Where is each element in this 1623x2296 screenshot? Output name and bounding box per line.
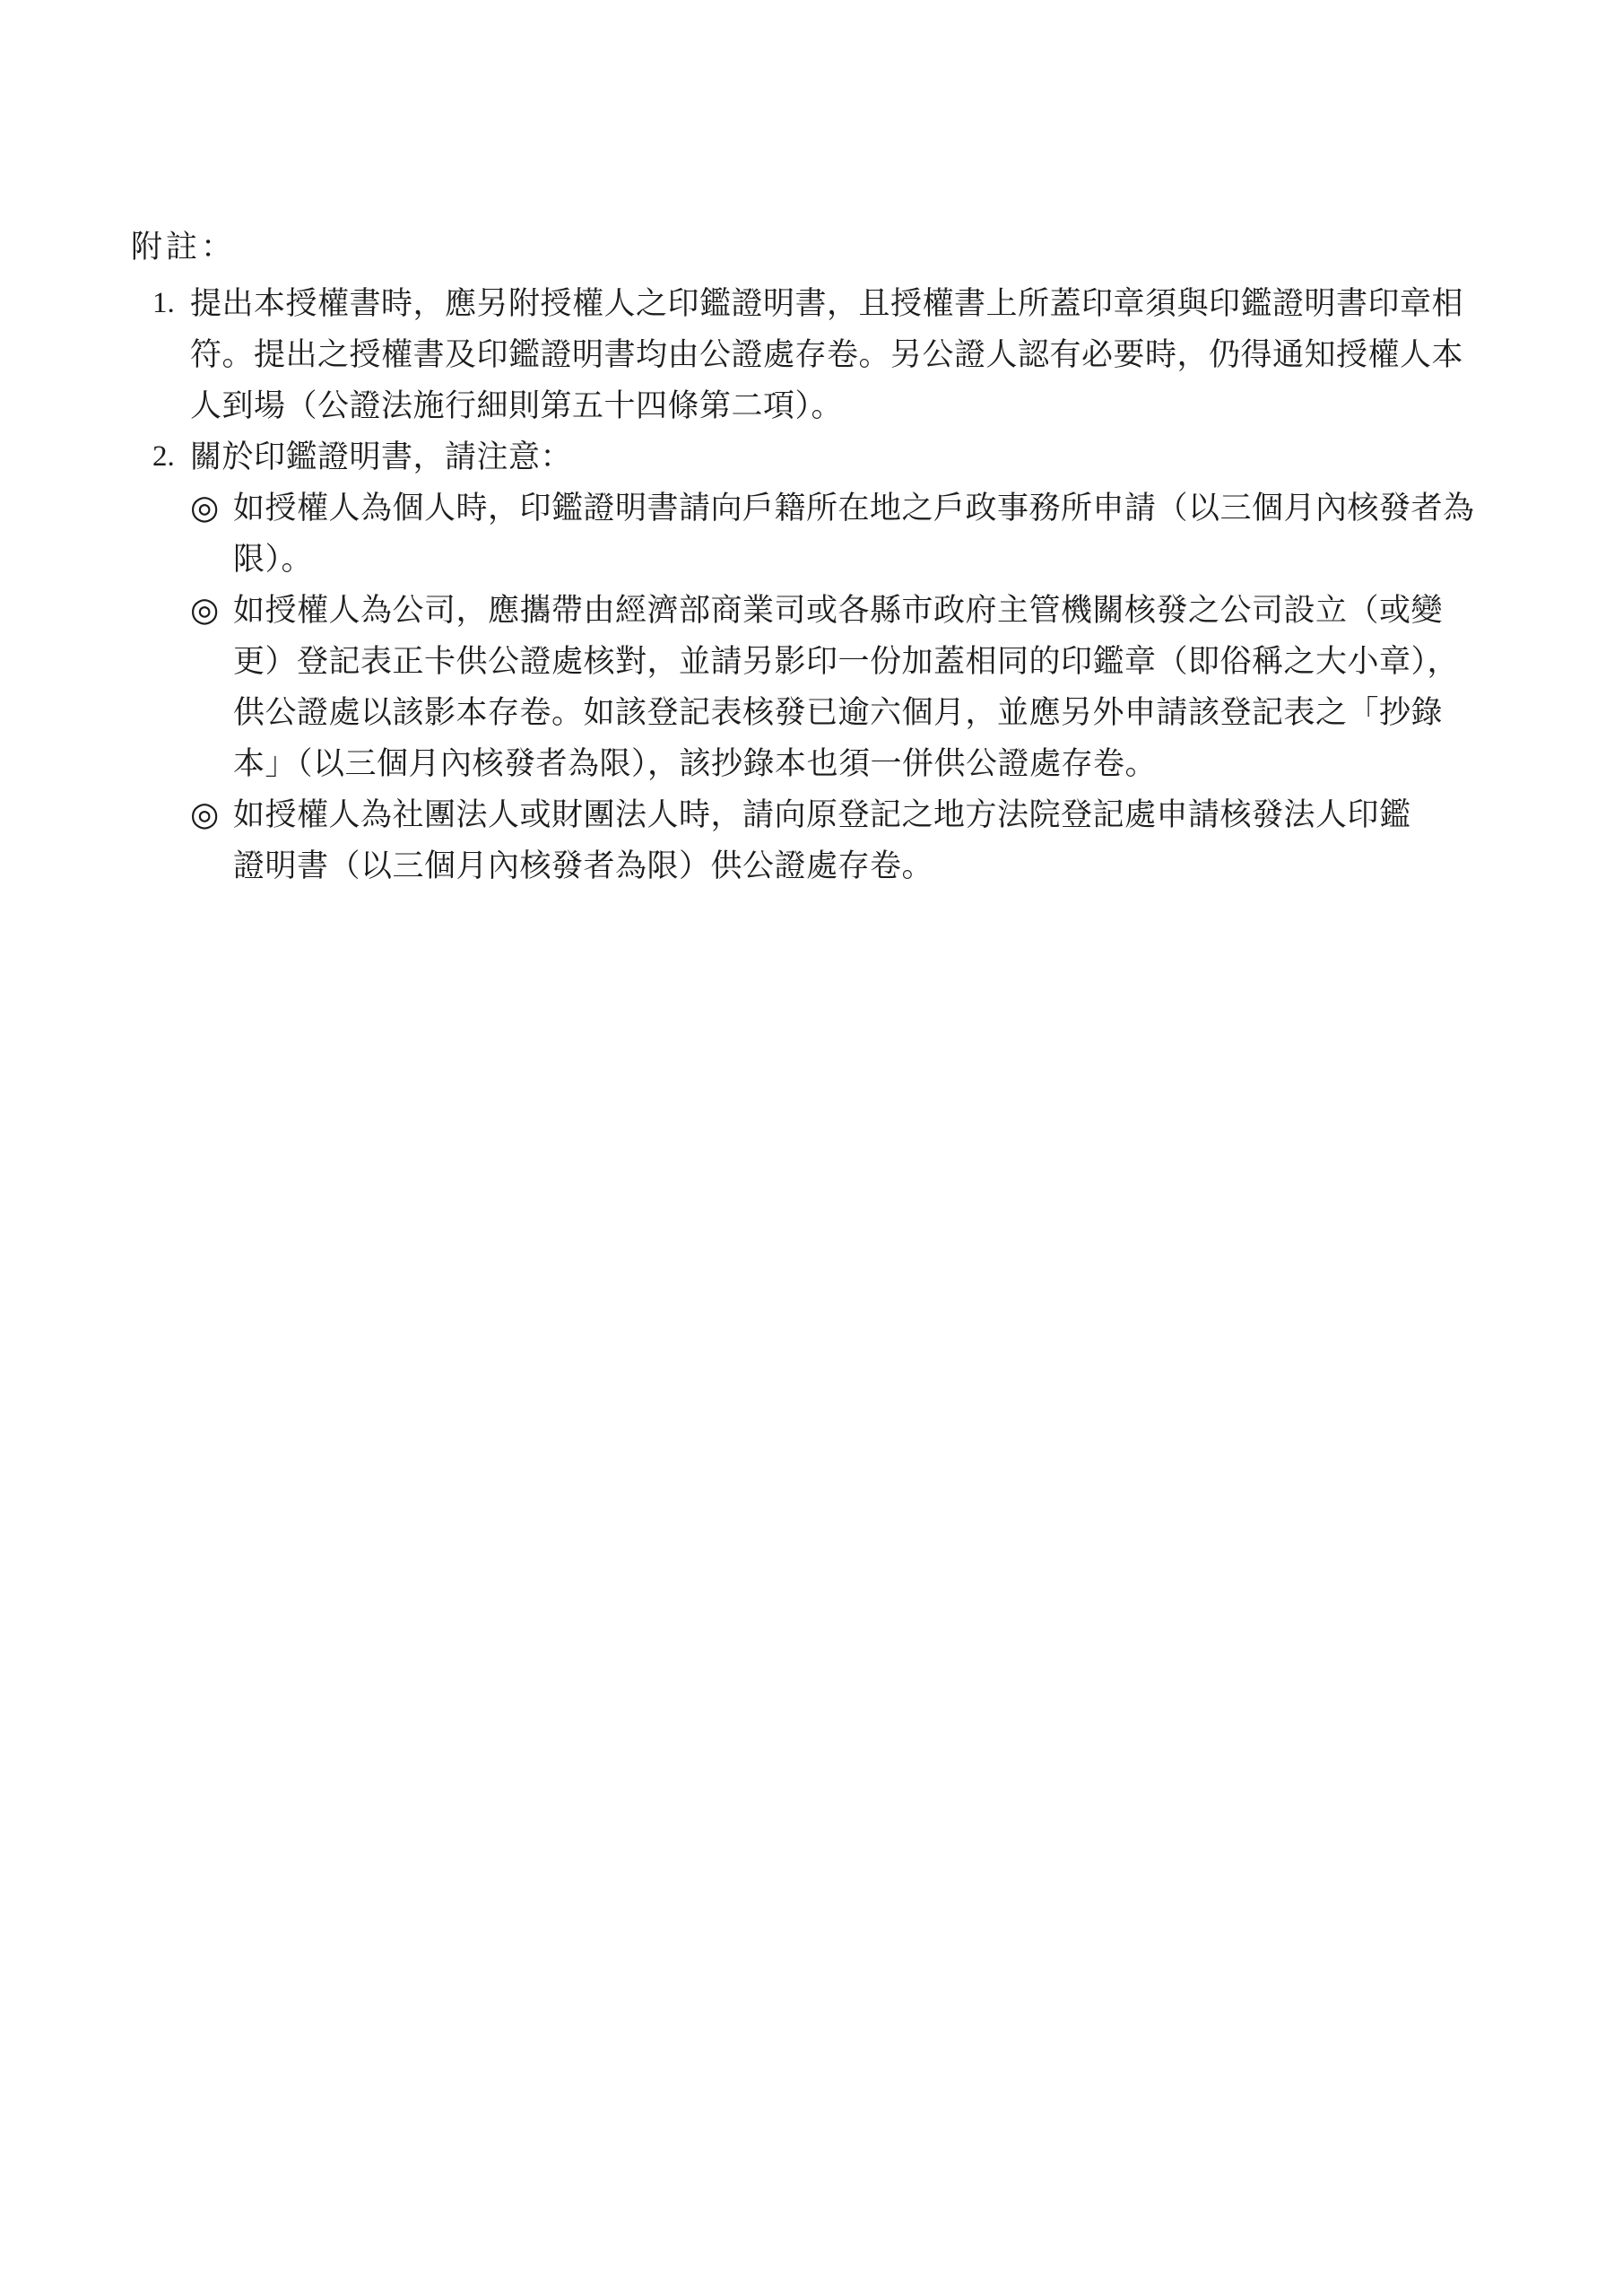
- bullet-line: 如授權人為公司，應攜帶由經濟部商業司或各縣市政府主管機關核發之公司設立（或變: [233, 585, 1478, 636]
- note-item-2: 2. 關於印鑑證明書，請注意： ◎ 如授權人為個人時，印鑑證明書請向戶籍所在地之…: [152, 431, 1623, 891]
- bullet-line: 供公證處以該影本存卷。如該登記表核發已逾六個月，並應另外申請該登記表之「抄錄: [233, 687, 1478, 738]
- note-line: 人到場（公證法施行細則第五十四條第二項）。: [190, 380, 1480, 431]
- notes-list: 1. 提出本授權書時，應另附授權人之印鑑證明書，且授權書上所蓋印章須與印鑑證明書…: [0, 278, 1623, 891]
- bullet-line: 更）登記表正卡供公證處核對，並請另影印一份加蓋相同的印鑑章（即俗稱之大小章），: [233, 636, 1478, 687]
- bullet-line: 如授權人為個人時，印鑑證明書請向戶籍所在地之戶政事務所申請（以三個月內核發者為: [233, 483, 1478, 534]
- note-line: 符。提出之授權書及印鑑證明書均由公證處存卷。另公證人認有必要時，仍得通知授權人本: [190, 329, 1480, 380]
- note-body: 關於印鑑證明書，請注意： ◎ 如授權人為個人時，印鑑證明書請向戶籍所在地之戶政事…: [190, 431, 1480, 891]
- bullet-line: 本」（以三個月內核發者為限），該抄錄本也須一併供公證處存卷。: [233, 738, 1478, 789]
- document-page: 附註： 1. 提出本授權書時，應另附授權人之印鑑證明書，且授權書上所蓋印章須與印…: [0, 0, 1623, 2296]
- note-number: 2.: [152, 431, 190, 891]
- bullet-line: 限）。: [233, 534, 1478, 585]
- note-line: 提出本授權書時，應另附授權人之印鑑證明書，且授權書上所蓋印章須與印鑑證明書印章相: [190, 278, 1480, 329]
- bullseye-bullet-icon: ◎: [190, 585, 233, 789]
- bullet-item-individual: ◎ 如授權人為個人時，印鑑證明書請向戶籍所在地之戶政事務所申請（以三個月內核發者…: [190, 483, 1480, 585]
- notes-title: 附註：: [131, 222, 1623, 274]
- bullet-text: 如授權人為社團法人或財團法人時，請向原登記之地方法院登記處申請核發法人印鑑 證明…: [233, 789, 1478, 891]
- note-heading: 關於印鑑證明書，請注意：: [190, 431, 1480, 483]
- bullet-item-company: ◎ 如授權人為公司，應攜帶由經濟部商業司或各縣市政府主管機關核發之公司設立（或變…: [190, 585, 1480, 789]
- note-body: 提出本授權書時，應另附授權人之印鑑證明書，且授權書上所蓋印章須與印鑑證明書印章相…: [190, 278, 1480, 431]
- bullseye-bullet-icon: ◎: [190, 483, 233, 585]
- note-number: 1.: [152, 278, 190, 431]
- bullet-line: 證明書（以三個月內核發者為限）供公證處存卷。: [233, 840, 1478, 891]
- bullet-item-juridical-person: ◎ 如授權人為社團法人或財團法人時，請向原登記之地方法院登記處申請核發法人印鑑 …: [190, 789, 1480, 891]
- note-item-1: 1. 提出本授權書時，應另附授權人之印鑑證明書，且授權書上所蓋印章須與印鑑證明書…: [152, 278, 1623, 431]
- bullseye-bullet-icon: ◎: [190, 789, 233, 891]
- page-content: 附註： 1. 提出本授權書時，應另附授權人之印鑑證明書，且授權書上所蓋印章須與印…: [0, 0, 1623, 891]
- bullet-text: 如授權人為個人時，印鑑證明書請向戶籍所在地之戶政事務所申請（以三個月內核發者為 …: [233, 483, 1478, 585]
- bullet-line: 如授權人為社團法人或財團法人時，請向原登記之地方法院登記處申請核發法人印鑑: [233, 789, 1478, 840]
- bullet-text: 如授權人為公司，應攜帶由經濟部商業司或各縣市政府主管機關核發之公司設立（或變 更…: [233, 585, 1478, 789]
